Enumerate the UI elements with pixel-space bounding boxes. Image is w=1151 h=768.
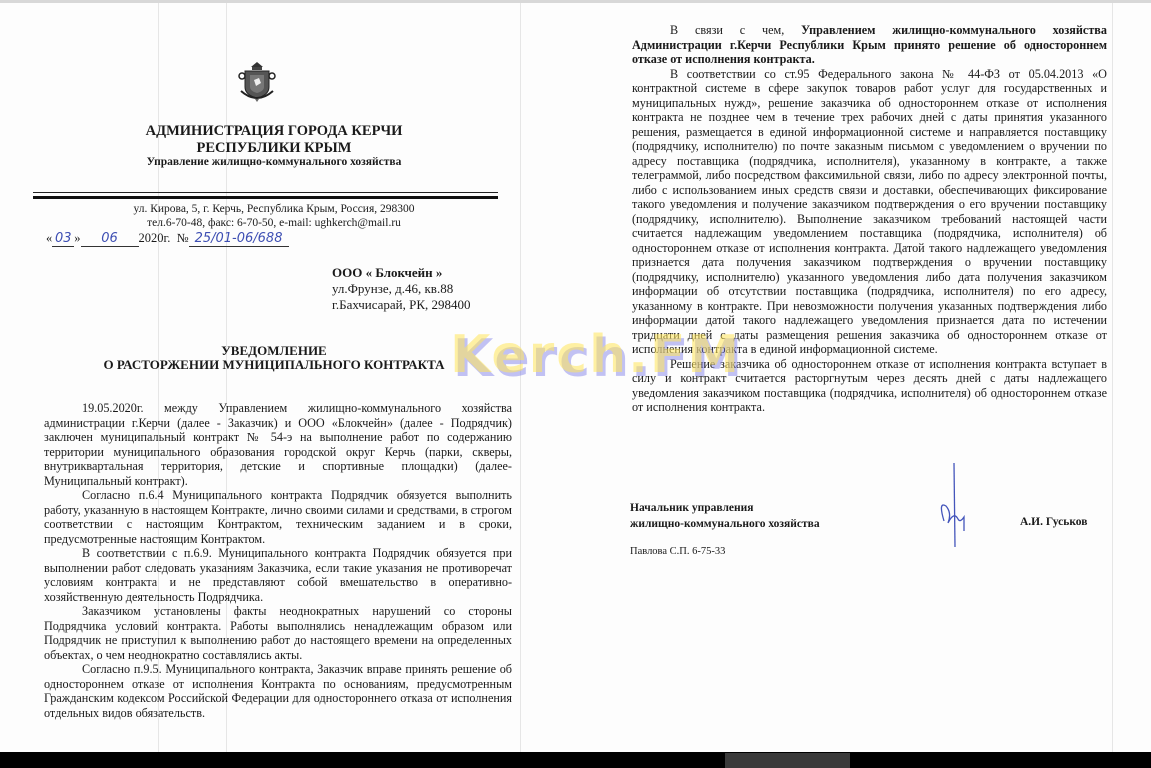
document-dateline: «03»062020г. №25/01-06/688 [46, 231, 289, 247]
date-month: 06 [81, 231, 139, 247]
scanned-document: АДМИНИСТРАЦИЯ ГОРОДА КЕРЧИ РЕСПУБЛИКИ КР… [0, 0, 1151, 752]
coat-of-arms-icon [237, 61, 277, 103]
page-1: АДМИНИСТРАЦИЯ ГОРОДА КЕРЧИ РЕСПУБЛИКИ КР… [0, 3, 520, 755]
decision-prefix: В связи с чем, [670, 23, 801, 37]
letterhead-divider [33, 196, 498, 199]
page-divider [520, 3, 521, 755]
paragraph: Решение заказчика об одностороннем отказ… [632, 357, 1107, 415]
right-body-text: В связи с чем, Управлением жилищно-комму… [632, 23, 1107, 415]
org-name-line1: АДМИНИСТРАЦИЯ ГОРОДА КЕРЧИ [0, 123, 548, 140]
date-year: 2020г. [139, 231, 171, 245]
bottom-bar [0, 752, 1151, 768]
page-divider [1112, 3, 1113, 755]
left-body-text: 19.05.2020г. между Управлением жилищно-к… [44, 401, 512, 720]
org-address: ул. Кирова, 5, г. Керчь, Республика Крым… [0, 203, 548, 215]
number-label: № [177, 231, 189, 245]
signer-position: Начальник управления жилищно-коммунально… [630, 500, 820, 532]
department-name: Управление жилищно-коммунального хозяйст… [0, 156, 548, 168]
document-number: 25/01-06/688 [189, 231, 289, 247]
org-name-line2: РЕСПУБЛИКИ КРЫМ [0, 140, 548, 157]
signer-name: А.И. Гуськов [1020, 516, 1087, 528]
paragraph: Согласно п.9.5. Муниципального контракта… [44, 662, 512, 720]
executor-contact: Павлова С.П. 6-75-33 [630, 546, 725, 557]
letterhead-divider [33, 192, 498, 193]
recipient-street: ул.Фрунзе, д.46, кв.88 [332, 281, 471, 297]
date-day: 03 [52, 231, 74, 247]
signer-position-line2: жилищно-коммунального хозяйства [630, 516, 820, 532]
paragraph: Заказчиком установлены факты неоднократн… [44, 604, 512, 662]
decision-paragraph: В связи с чем, Управлением жилищно-комму… [632, 23, 1107, 67]
paragraph: 19.05.2020г. между Управлением жилищно-к… [44, 401, 512, 488]
paragraph: В соответствии с п.6.9. Муниципального к… [44, 546, 512, 604]
signer-position-line1: Начальник управления [630, 500, 820, 516]
page-2: В связи с чем, Управлением жилищно-комму… [620, 3, 1110, 755]
handwritten-signature-icon [934, 461, 974, 551]
org-contacts: тел.6-70-48, факс: 6-70-50, e-mail: ughk… [0, 217, 548, 229]
notice-title: УВЕДОМЛЕНИЕ [0, 343, 548, 358]
recipient-block: ООО « Блокчейн » ул.Фрунзе, д.46, кв.88 … [332, 265, 471, 313]
horizontal-scrollbar-thumb[interactable] [725, 753, 850, 768]
recipient-name: ООО « Блокчейн » [332, 265, 471, 281]
paragraph: В соответствии со ст.95 Федерального зак… [632, 67, 1107, 357]
recipient-city: г.Бахчисарай, РК, 298400 [332, 297, 471, 313]
notice-subtitle: О РАСТОРЖЕНИИ МУНИЦИПАЛЬНОГО КОНТРАКТА [0, 357, 548, 372]
paragraph: Согласно п.6.4 Муниципального контракта … [44, 488, 512, 546]
